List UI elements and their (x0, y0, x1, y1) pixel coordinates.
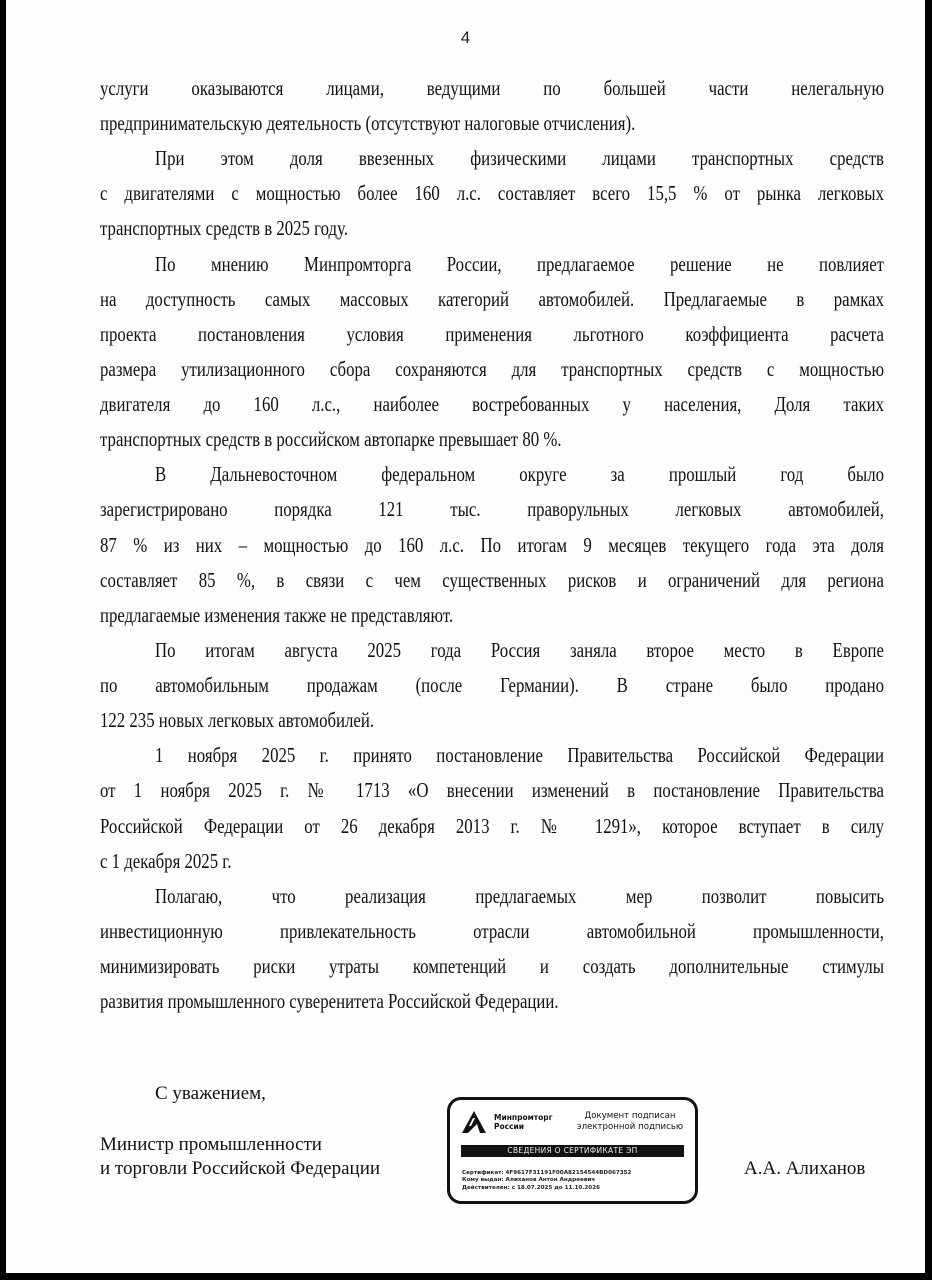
body-line: В Дальневосточном федеральном округе за … (155, 459, 884, 489)
body-line: 87 % из них – мощностью до 160 л.с. По и… (100, 530, 884, 560)
body-line: транспортных средств в российском автопа… (100, 424, 562, 454)
body-line: зарегистрировано порядка 121 тыс. правор… (100, 494, 884, 524)
electronic-signature-stamp: Минпромторг России Документ подписан эле… (447, 1097, 698, 1204)
salutation: С уважением, (155, 1082, 266, 1106)
body-line: Российской Федерации от 26 декабря 2013 … (100, 811, 884, 841)
body-line: инвестиционную привлекательность отрасли… (100, 916, 884, 946)
body-line: 122 235 новых легковых автомобилей. (100, 705, 374, 735)
stamp-issued-to: Кому выдан: Алиханов Антон Андреевич (462, 1177, 631, 1184)
body-line: на доступность самых массовых категорий … (100, 284, 884, 314)
stamp-title: Документ подписан электронной подписью (570, 1111, 690, 1133)
signatory-name: А.А. Алиханов (744, 1157, 865, 1181)
body-line: двигателя до 160 л.с., наиболее востребо… (100, 389, 884, 419)
signatory-position-line2: и торговли Российской Федерации (100, 1157, 380, 1181)
body-line: предпринимательскую деятельность (отсутс… (100, 108, 635, 138)
body-line: от 1 ноября 2025 г. № 1713 «О внесении и… (100, 775, 884, 805)
page-number: 4 (6, 28, 925, 48)
stamp-title-line1: Документ подписан (570, 1111, 690, 1122)
body-line: услуги оказываются лицами, ведущими по б… (100, 73, 884, 103)
stamp-certificate-header: СВЕДЕНИЯ О СЕРТИФИКАТЕ ЭП (461, 1145, 684, 1157)
document-page: 4 услуги оказываются лицами, ведущими по… (6, 0, 925, 1273)
body-line: При этом доля ввезенных физическими лица… (155, 143, 884, 173)
stamp-validity: Действителен: с 18.07.2025 до 11.10.2026 (462, 1185, 631, 1192)
stamp-title-line2: электронной подписью (570, 1122, 690, 1133)
body-line: По итогам августа 2025 года Россия занял… (155, 635, 884, 665)
body-line: с двигателями с мощностью более 160 л.с.… (100, 178, 884, 208)
body-line: транспортных средств в 2025 году. (100, 213, 348, 243)
stamp-organization: Минпромторг России (494, 1113, 553, 1131)
stamp-org-line1: Минпромторг (494, 1113, 553, 1122)
body-line: минимизировать риски утраты компетенций … (100, 951, 884, 981)
body-line: развития промышленного суверенитета Росс… (100, 986, 559, 1016)
body-line: предлагаемые изменения также не представ… (100, 600, 453, 630)
body-line: Полагаю, что реализация предлагаемых мер… (155, 881, 884, 911)
body-line: 1 ноября 2025 г. принято постановление П… (155, 740, 884, 770)
signatory-position-line1: Министр промышленности (100, 1133, 322, 1157)
body-line: проекта постановления условия применения… (100, 319, 884, 349)
body-line: с 1 декабря 2025 г. (100, 846, 232, 876)
body-line: по автомобильным продажам (после Германи… (100, 670, 884, 700)
minpromtorg-logo-icon (462, 1111, 486, 1133)
body-line: составляет 85 %, в связи с чем существен… (100, 565, 884, 595)
stamp-certificate-number: Сертификат: 4F9617F31191F00A82154544BD06… (462, 1170, 631, 1177)
body-line: По мнению Минпромторга России, предлагае… (155, 249, 884, 279)
stamp-org-line2: России (494, 1122, 553, 1131)
stamp-certificate-info: Сертификат: 4F9617F31191F00A82154544BD06… (462, 1170, 631, 1192)
body-line: размера утилизационного сбора сохраняютс… (100, 354, 884, 384)
